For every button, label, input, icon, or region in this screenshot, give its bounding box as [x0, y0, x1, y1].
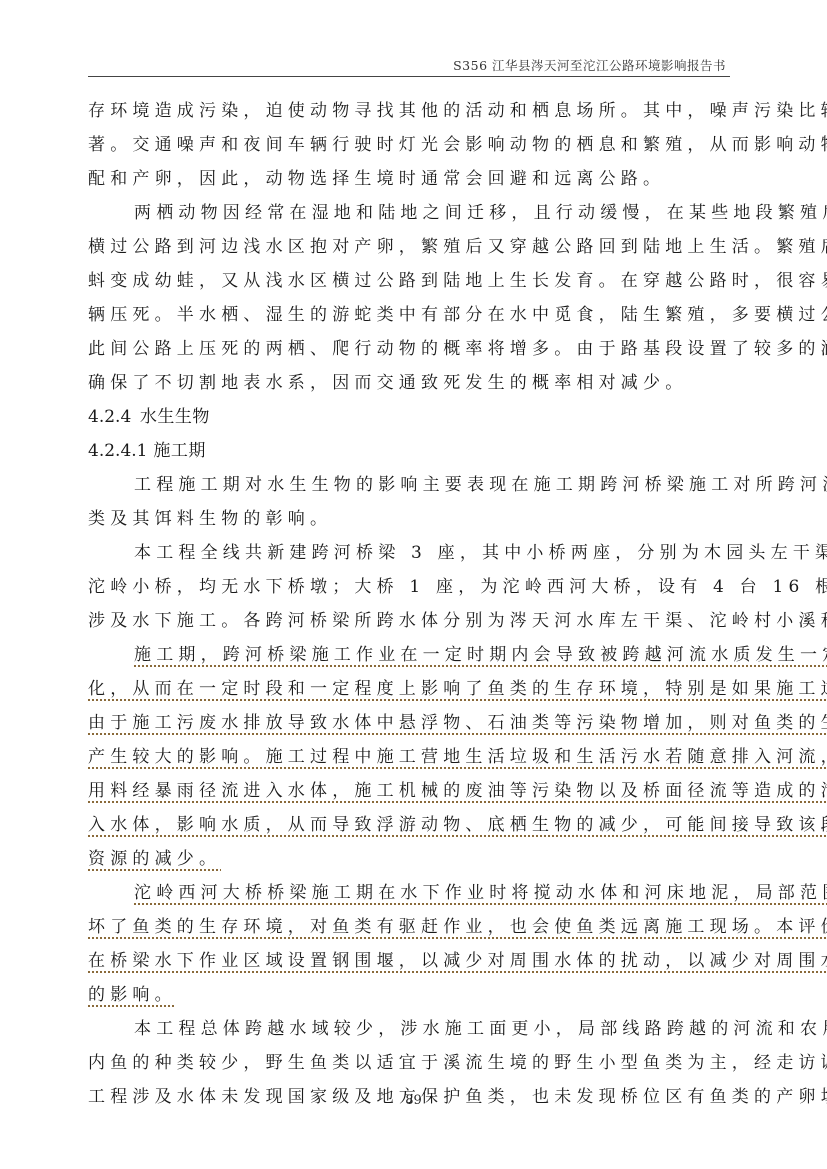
paragraph-line: 内鱼的种类较少，野生鱼类以适宜于溪流生境的野生小型鱼类为主，经走访调查， [88, 1046, 730, 1080]
paragraph-line: 配和产卵，因此，动物选择生境时通常会回避和远离公路。 [88, 162, 730, 196]
paragraph-line: 著。交通噪声和夜间车辆行驶时灯光会影响动物的栖息和繁殖，从而影响动物的交 [88, 128, 730, 162]
document-title: S356 江华县涔天河至沱江公路环境影响报告书 [453, 56, 726, 74]
underlined-line: 用料经暴雨径流进入水体，施工机械的废油等污染物以及桥面径流等造成的污染进 [88, 774, 730, 808]
tracked-change-text: 的影响。 [88, 985, 177, 1005]
paragraph-line: 辆压死。半水栖、湿生的游蛇类中有部分在水中觅食，陆生繁殖，多要横过公路， [88, 298, 730, 332]
underlined-line: 施工期，跨河桥梁施工作业在一定时期内会导致被跨越河流水质发生一定的变 [88, 638, 730, 672]
tracked-change-text: 用料经暴雨径流进入水体，施工机械的废油等污染物以及桥面径流等造成的污染进 [88, 781, 827, 801]
paragraph-line: 横过公路到河边浅水区抱对产卵，繁殖后又穿越公路回到陆地上生活。繁殖后的蝌 [88, 230, 730, 264]
document-body: 存环境造成污染，迫使动物寻找其他的活动和栖息场所。其中，噪声污染比较显 著。交通… [88, 94, 730, 1114]
underlined-line: 的影响。 [88, 978, 730, 1012]
paragraph-line: 两栖动物因经常在湿地和陆地之间迁移，且行动缓慢，在某些地段繁殖后还要 [88, 196, 730, 230]
page-number: 89 [0, 1093, 827, 1108]
tracked-change-text: 施工期，跨河桥梁施工作业在一定时期内会导致被跨越河流水质发生一定的变 [134, 645, 827, 665]
tracked-change-text: 沱岭西河大桥桥梁施工期在水下作业时将搅动水体和河床地泥，局部范围内破 [134, 883, 827, 903]
paragraph-line: 类及其饵料生物的彰响。 [88, 502, 730, 536]
page-header: S356 江华县涔天河至沱江公路环境影响报告书 [88, 52, 730, 76]
paragraph-line: 存环境造成污染，迫使动物寻找其他的活动和栖息场所。其中，噪声污染比较显 [88, 94, 730, 128]
underlined-line: 产生较大的影响。施工过程中施工营地生活垃圾和生活污水若随意排入河流，施工 [88, 740, 730, 774]
section-title: 水生生物 [140, 407, 210, 427]
section-number: 4.2.4 [88, 400, 134, 434]
tracked-change-text: 在桥梁水下作业区域设置钢围堰，以减少对周围水体的扰动，以减少对周围水环境 [88, 951, 827, 971]
paragraph-line: 沱岭小桥，均无水下桥墩；大桥 1 座，为沱岭西河大桥，设有 4 台 16 根水下… [88, 570, 730, 604]
paragraph-line: 此间公路上压死的两栖、爬行动物的概率将增多。由于路基段设置了较多的涵洞， [88, 332, 730, 366]
tracked-change-text: 化，从而在一定时段和一定程度上影响了鱼类的生存环境，特别是如果施工过程中 [88, 679, 827, 699]
section-heading-4-2-4: 4.2.4 水生生物 [88, 400, 730, 434]
paragraph-line: 本工程全线共新建跨河桥梁 3 座，其中小桥两座，分别为木园头左干渠小桥、上 [88, 536, 730, 570]
underlined-line: 入水体，影响水质，从而导致浮游动物、底栖生物的减少，可能间接导致该段鱼类 [88, 808, 730, 842]
tracked-change-text: 入水体，影响水质，从而导致浮游动物、底栖生物的减少，可能间接导致该段鱼类 [88, 815, 827, 835]
paragraph-line: 本工程总体跨越水域较少，涉水施工面更小，局部线路跨越的河流和农用灌溉渠 [88, 1012, 730, 1046]
section-title: 施工期 [153, 441, 206, 461]
underlined-line: 化，从而在一定时段和一定程度上影响了鱼类的生存环境，特别是如果施工过程中 [88, 672, 730, 706]
paragraph-line: 蚪变成幼蛙，又从浅水区横过公路到陆地上生长发育。在穿越公路时，很容易被车 [88, 264, 730, 298]
underlined-line: 在桥梁水下作业区域设置钢围堰，以减少对周围水体的扰动，以减少对周围水环境 [88, 944, 730, 978]
paragraph-line: 确保了不切割地表水系，因而交通致死发生的概率相对减少。 [88, 366, 730, 400]
paragraph-line: 工程施工期对水生生物的影响主要表现在施工期跨河桥梁施工对所跨河流中鱼 [88, 468, 730, 502]
header-divider [88, 76, 730, 77]
underlined-line: 坏了鱼类的生存环境，对鱼类有驱赶作业，也会使鱼类远离施工现场。本评价要求 [88, 910, 730, 944]
section-heading-4-2-4-1: 4.2.4.1 施工期 [88, 434, 730, 468]
tracked-change-text: 产生较大的影响。施工过程中施工营地生活垃圾和生活污水若随意排入河流，施工 [88, 747, 827, 767]
paragraph-line: 涉及水下施工。各跨河桥梁所跨水体分别为涔天河水库左干渠、沱岭村小溪和西河。 [88, 604, 730, 638]
underlined-line: 沱岭西河大桥桥梁施工期在水下作业时将搅动水体和河床地泥，局部范围内破 [88, 876, 730, 910]
underlined-line: 资源的减少。 [88, 842, 730, 876]
tracked-change-text: 由于施工污废水排放导致水体中悬浮物、石油类等污染物增加，则对鱼类的生活将 [88, 713, 827, 733]
underlined-line: 由于施工污废水排放导致水体中悬浮物、石油类等污染物增加，则对鱼类的生活将 [88, 706, 730, 740]
tracked-change-text: 坏了鱼类的生存环境，对鱼类有驱赶作业，也会使鱼类远离施工现场。本评价要求 [88, 917, 827, 937]
section-number: 4.2.4.1 [88, 434, 147, 468]
tracked-change-text: 资源的减少。 [88, 849, 221, 869]
